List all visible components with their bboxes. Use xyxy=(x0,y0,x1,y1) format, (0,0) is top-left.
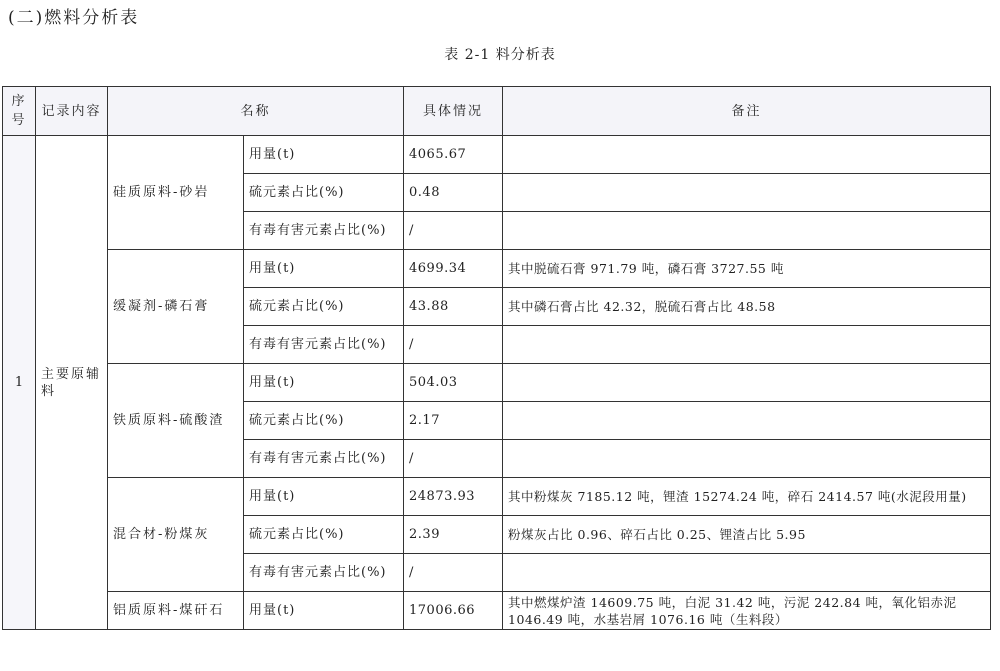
material-name: 铝质原料-煤矸石 xyxy=(108,592,244,630)
note-cell xyxy=(503,440,991,478)
table-row: 混合材-粉煤灰 用量(t) 24873.93 其中粉煤灰 7185.12 吨，锂… xyxy=(3,478,991,516)
section-title: (二)燃料分析表 xyxy=(8,3,139,28)
attr-cell: 硫元素占比(%) xyxy=(244,174,404,212)
attr-cell: 硫元素占比(%) xyxy=(244,288,404,326)
value-cell: 17006.66 xyxy=(404,592,503,630)
attr-cell: 有毒有害元素占比(%) xyxy=(244,212,404,250)
value-cell: / xyxy=(404,212,503,250)
note-cell: 其中燃煤炉渣 14609.75 吨，白泥 31.42 吨，污泥 242.84 吨… xyxy=(503,592,991,630)
note-cell xyxy=(503,402,991,440)
note-cell: 其中磷石膏占比 42.32，脱硫石膏占比 48.58 xyxy=(503,288,991,326)
note-cell: 其中粉煤灰 7185.12 吨，锂渣 15274.24 吨，碎石 2414.57… xyxy=(503,478,991,516)
value-cell: 4699.34 xyxy=(404,250,503,288)
note-cell: 其中脱硫石膏 971.79 吨，磷石膏 3727.55 吨 xyxy=(503,250,991,288)
note-cell xyxy=(503,364,991,402)
material-name: 硅质原料-砂岩 xyxy=(108,136,244,250)
attr-cell: 硫元素占比(%) xyxy=(244,516,404,554)
header-name: 名称 xyxy=(108,87,404,136)
value-cell: / xyxy=(404,554,503,592)
fuel-analysis-table: 序号 记录内容 名称 具体情况 备注 1 主要原辅料 硅质原料-砂岩 用量(t)… xyxy=(2,86,991,630)
attr-cell: 有毒有害元素占比(%) xyxy=(244,440,404,478)
record-cell: 主要原辅料 xyxy=(36,136,108,630)
attr-cell: 用量(t) xyxy=(244,136,404,174)
value-cell: / xyxy=(404,326,503,364)
table-row: 1 主要原辅料 硅质原料-砂岩 用量(t) 4065.67 xyxy=(3,136,991,174)
value-cell: 43.88 xyxy=(404,288,503,326)
table-row: 缓凝剂-磷石膏 用量(t) 4699.34 其中脱硫石膏 971.79 吨，磷石… xyxy=(3,250,991,288)
seq-cell: 1 xyxy=(3,136,36,630)
value-cell: 2.39 xyxy=(404,516,503,554)
note-cell: 粉煤灰占比 0.96、碎石占比 0.25、锂渣占比 5.95 xyxy=(503,516,991,554)
header-detail: 具体情况 xyxy=(404,87,503,136)
note-cell xyxy=(503,212,991,250)
value-cell: 0.48 xyxy=(404,174,503,212)
table-caption: 表 2-1 料分析表 xyxy=(0,44,1000,64)
attr-cell: 用量(t) xyxy=(244,478,404,516)
attr-cell: 用量(t) xyxy=(244,250,404,288)
attr-cell: 有毒有害元素占比(%) xyxy=(244,554,404,592)
value-cell: 504.03 xyxy=(404,364,503,402)
table-row: 铁质原料-硫酸渣 用量(t) 504.03 xyxy=(3,364,991,402)
header-note: 备注 xyxy=(503,87,991,136)
attr-cell: 用量(t) xyxy=(244,592,404,630)
attr-cell: 有毒有害元素占比(%) xyxy=(244,326,404,364)
material-name: 缓凝剂-磷石膏 xyxy=(108,250,244,364)
value-cell: 4065.67 xyxy=(404,136,503,174)
note-cell xyxy=(503,326,991,364)
attr-cell: 用量(t) xyxy=(244,364,404,402)
table-row: 铝质原料-煤矸石 用量(t) 17006.66 其中燃煤炉渣 14609.75 … xyxy=(3,592,991,630)
value-cell: / xyxy=(404,440,503,478)
attr-cell: 硫元素占比(%) xyxy=(244,402,404,440)
value-cell: 2.17 xyxy=(404,402,503,440)
note-cell xyxy=(503,174,991,212)
table-header-row: 序号 记录内容 名称 具体情况 备注 xyxy=(3,87,991,136)
note-cell xyxy=(503,554,991,592)
material-name: 混合材-粉煤灰 xyxy=(108,478,244,592)
value-cell: 24873.93 xyxy=(404,478,503,516)
header-record: 记录内容 xyxy=(36,87,108,136)
header-seq: 序号 xyxy=(3,87,36,136)
material-name: 铁质原料-硫酸渣 xyxy=(108,364,244,478)
note-cell xyxy=(503,136,991,174)
